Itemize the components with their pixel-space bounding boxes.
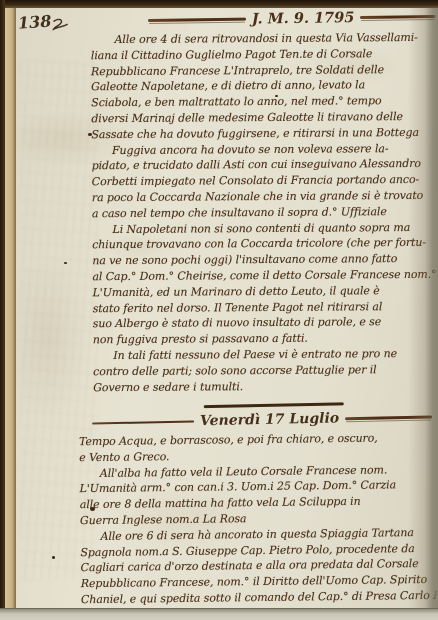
entry-2-heading-text: Venerdì 17 Luglio bbox=[200, 410, 339, 429]
ink-speck bbox=[64, 262, 67, 264]
ink-speck bbox=[52, 556, 55, 559]
manuscript-line: In tali fatti nessuno del Paese vi è ent… bbox=[93, 346, 435, 364]
manuscript-line: Sassate che ha dovuto fuggirsene, e riti… bbox=[91, 125, 433, 143]
manuscript-line: Governo e sedare i tumulti. bbox=[93, 377, 435, 395]
manuscript-line: Repubblicano Francese L'Intraprelo, tre … bbox=[91, 61, 433, 79]
page-header-date: J. M. 9. 1795 bbox=[252, 9, 355, 27]
manuscript-line: a caso nel tempo che insultavano il sopr… bbox=[92, 204, 434, 222]
manuscript-line: Alle ore 4 di sera ritrovandosi in quest… bbox=[91, 30, 433, 48]
binding-edge-dark bbox=[0, 0, 5, 620]
folio-number-text: 138 bbox=[17, 11, 52, 32]
scan-edge-bottom bbox=[0, 608, 438, 620]
entry-1-text-block: Alle ore 4 di sera ritrovandosi in quest… bbox=[91, 30, 436, 396]
page-edge-left bbox=[5, 0, 16, 620]
scan-edge-top bbox=[0, 0, 438, 8]
heading-rule-left bbox=[92, 420, 194, 425]
ink-speck bbox=[88, 133, 92, 136]
folio-number: 138 bbox=[17, 10, 69, 34]
page-curve-shadow-right bbox=[408, 0, 438, 620]
folio-flourish-icon bbox=[52, 17, 69, 32]
ink-speck bbox=[90, 507, 95, 511]
manuscript-line: al Cap.° Dom.° Cheirise, come il detto C… bbox=[92, 267, 434, 285]
header-rule-left bbox=[148, 18, 246, 22]
manuscript-scan: 138 J. M. 9. 1795 Alle ore 4 di sera rit… bbox=[0, 0, 438, 620]
entry-2-text-block: Tempo Acqua, e borrascoso, e poi fra chi… bbox=[79, 430, 437, 608]
ink-speck bbox=[275, 95, 278, 97]
